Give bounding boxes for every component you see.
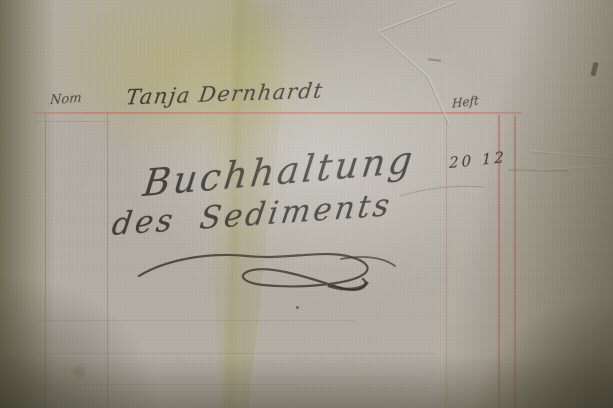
crease-right-edge-2 <box>536 165 612 172</box>
faint-ruled-line-1 <box>36 320 356 321</box>
crease-top-right-tail <box>426 75 451 127</box>
header-left-label: Nom <box>50 91 83 108</box>
column-line-pencil-left-inner <box>107 113 108 408</box>
faint-ruled-line-3 <box>36 384 296 385</box>
ink-flourish <box>133 242 401 302</box>
column-line-red-right-inner <box>514 115 516 408</box>
header-right-label: Heft <box>452 93 479 110</box>
crease-top-right-lower <box>378 32 429 78</box>
faint-pencil-arc <box>398 180 488 202</box>
ledger-page-photo: Nom Tanja Dernhardt Heft 20 12 Buchhaltu… <box>0 0 613 408</box>
crease-bottom-right <box>518 319 609 334</box>
green-stain-spot <box>70 364 88 380</box>
crease-top-right-upper <box>378 1 457 33</box>
column-line-pencil-left-outer <box>45 113 46 408</box>
dark-fleck <box>296 306 299 309</box>
ink-speck-right-edge <box>590 62 598 77</box>
crease-right-edge-1 <box>527 150 613 159</box>
handwritten-number: 20 12 <box>449 148 507 172</box>
pencil-dash-mark <box>428 58 441 61</box>
column-line-brown-right <box>446 117 447 408</box>
